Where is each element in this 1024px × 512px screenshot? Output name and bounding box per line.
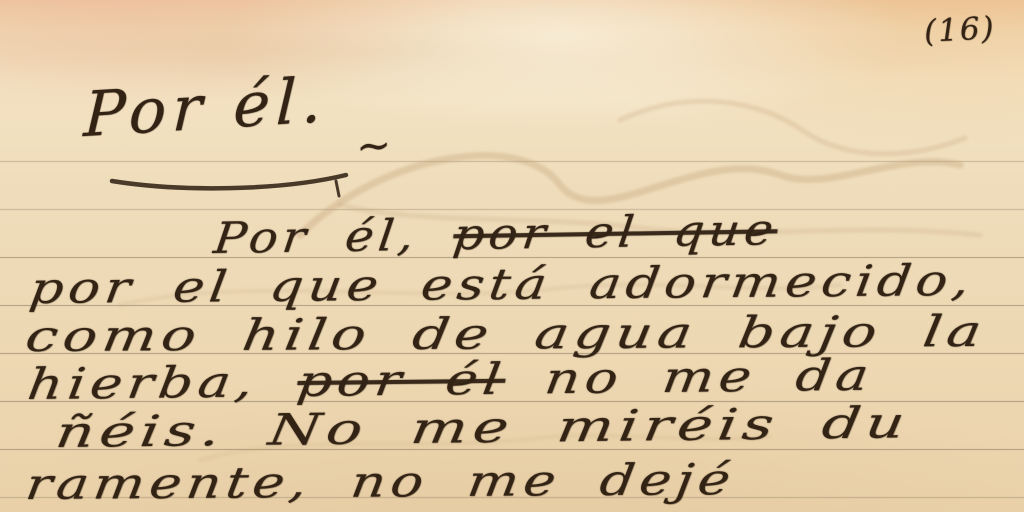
line-text: hierba, bbox=[25, 357, 301, 410]
struck-text: por él bbox=[294, 355, 509, 407]
line-text: Por él, bbox=[211, 210, 456, 264]
line-text: ñéis. No me miréis du bbox=[52, 398, 913, 458]
manuscript-line: Por él, por el que bbox=[211, 209, 779, 261]
page-title: Por él. bbox=[82, 63, 329, 151]
line-text: no me da bbox=[502, 351, 877, 405]
line-text: ramente, no me dejé bbox=[23, 455, 739, 510]
manuscript-line: ramente, no me dejé bbox=[23, 459, 738, 507]
manuscript-line: por el que está adormecido, bbox=[27, 260, 977, 311]
title-dash: ~ bbox=[354, 120, 393, 171]
struck-text: por el que bbox=[451, 205, 781, 260]
manuscript-page: (16) Por él. ~ Por él, por el que por el… bbox=[0, 0, 1024, 512]
line-text: por el que está adormecido, bbox=[27, 256, 978, 314]
rule-line bbox=[0, 161, 1024, 162]
page-number: (16) bbox=[923, 10, 996, 50]
manuscript-line: ñéis. No me miréis du bbox=[53, 402, 913, 455]
